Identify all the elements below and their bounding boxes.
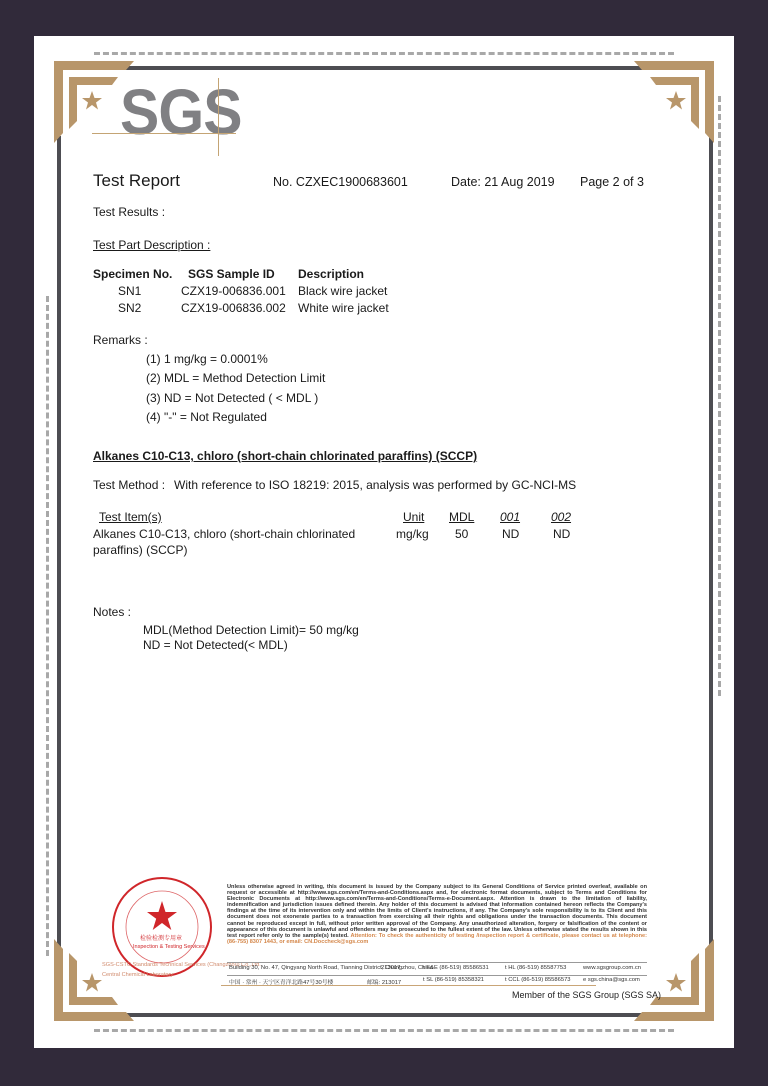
results-row-002: ND: [553, 527, 570, 541]
results-header-001: 001: [500, 510, 520, 524]
results-row-mdl: 50: [455, 527, 468, 541]
frame-dashed-top: [94, 52, 674, 55]
results-row-001: ND: [502, 527, 519, 541]
test-results-label: Test Results :: [93, 205, 165, 219]
terms-fine-print: Unless otherwise agreed in writing, this…: [227, 884, 647, 945]
address-divider: [227, 962, 647, 963]
stamp-chinese-text: 检验检测专用章: [140, 933, 182, 942]
report-number: No. CZXEC1900683601: [273, 175, 408, 189]
phone-ccl: t CCL (86-519) 85586573: [505, 977, 571, 983]
frame-solid-right: [709, 136, 713, 956]
results-row-unit: mg/kg: [396, 527, 429, 541]
frame-solid-left: [57, 136, 61, 956]
address-english: Building 30, No. 47, Qingyang North Road…: [229, 965, 433, 971]
results-header-mdl: MDL: [449, 510, 474, 524]
specimen-header-no: Specimen No.: [93, 267, 172, 281]
test-method-text: With reference to ISO 18219: 2015, analy…: [174, 478, 576, 492]
note-item: ND = Not Detected(< MDL): [143, 638, 288, 652]
terms-text: Unless otherwise agreed in writing, this…: [227, 884, 647, 939]
address-divider: [227, 975, 647, 976]
specimen-header-description: Description: [298, 267, 364, 281]
test-part-description-label: Test Part Description :: [93, 238, 210, 252]
remark-item: (3) ND = Not Detected ( < MDL ): [146, 391, 318, 405]
specimen-row-2-description: White wire jacket: [298, 301, 389, 315]
sgs-logo: SGS: [120, 80, 242, 144]
note-item: MDL(Method Detection Limit)= 50 mg/kg: [143, 623, 359, 637]
specimen-row-2-id: CZX19-006836.002: [181, 301, 286, 315]
phone-ee: t E&E (86-519) 85586531: [423, 965, 489, 971]
phone-sl: t SL (86-519) 85358321: [423, 977, 484, 983]
specimen-header-id: SGS Sample ID: [188, 267, 275, 281]
frame-dashed-left: [46, 296, 49, 956]
frame-solid-top: [124, 66, 664, 70]
results-header-002: 002: [551, 510, 571, 524]
report-date: Date: 21 Aug 2019: [451, 175, 555, 189]
section-title: Alkanes C10-C13, chloro (short-chain chl…: [93, 449, 477, 463]
specimen-row-2-no: SN2: [118, 301, 141, 315]
email-link[interactable]: e sgs.china@sgs.com: [583, 977, 640, 983]
remarks-label: Remarks :: [93, 333, 148, 347]
frame-dashed-right: [718, 96, 721, 696]
results-header-unit: Unit: [403, 510, 424, 524]
results-header-item: Test Item(s): [99, 510, 162, 524]
test-method-label: Test Method :: [93, 478, 165, 492]
website-link[interactable]: www.sgsgroup.com.cn: [583, 965, 641, 971]
corner-ornament-top-right: [624, 61, 714, 151]
remark-item: (2) MDL = Method Detection Limit: [146, 371, 325, 385]
remark-item: (4) "-" = Not Regulated: [146, 410, 267, 424]
phone-hl: t HL (86-519) 85587753: [505, 965, 566, 971]
results-row-item-line2: paraffins) (SCCP): [93, 543, 187, 557]
stamp-label: Inspection & Testing Services: [133, 944, 205, 950]
specimen-row-1-id: CZX19-006836.001: [181, 284, 286, 298]
remark-item: (1) 1 mg/kg = 0.0001%: [146, 352, 268, 366]
postcode-english: 213017: [381, 965, 400, 971]
results-row-item-line1: Alkanes C10-C13, chloro (short-chain chl…: [93, 527, 355, 541]
address-chinese: 中国 · 常州 · 天宁区青洋北路47号30号楼: [229, 977, 333, 986]
logo-rule-horizontal: [92, 133, 236, 134]
notes-label: Notes :: [93, 605, 131, 619]
specimen-row-1-no: SN1: [118, 284, 141, 298]
logo-rule-vertical: [218, 78, 219, 156]
page-title: Test Report: [93, 171, 180, 191]
page-number: Page 2 of 3: [580, 175, 644, 189]
sgs-group-membership: Member of the SGS Group (SGS SA): [512, 990, 661, 1000]
frame-dashed-bottom: [94, 1029, 674, 1032]
frame-solid-bottom: [104, 1013, 644, 1017]
postcode-chinese: 邮编: 213017: [367, 977, 401, 986]
company-name-line2: Central Chemical Laboratory: [102, 972, 173, 978]
specimen-row-1-description: Black wire jacket: [298, 284, 387, 298]
